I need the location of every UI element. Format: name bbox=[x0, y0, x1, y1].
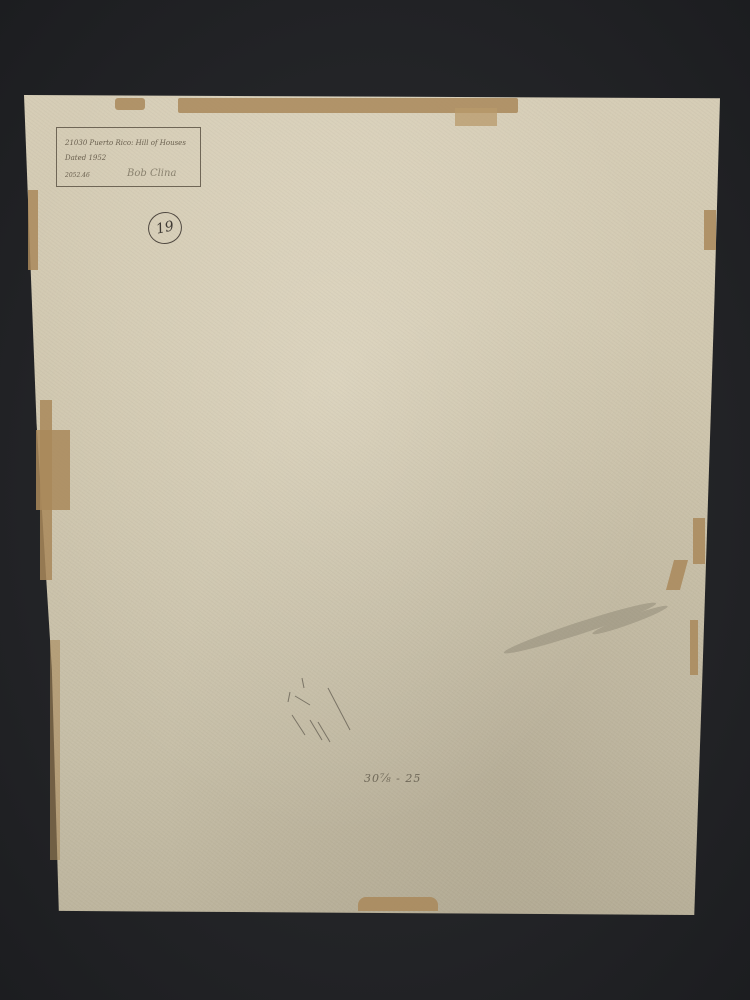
tape-remnant-top-right bbox=[455, 108, 497, 126]
pencil-scribble-marks bbox=[270, 660, 390, 750]
label-title: 21030 Puerto Rico: Hill of Houses bbox=[65, 140, 186, 147]
inventory-number: 19 bbox=[155, 218, 176, 237]
tape-remnant-right-upper bbox=[704, 210, 716, 250]
tape-remnant-bottom bbox=[358, 897, 438, 911]
tape-remnant-left-strip bbox=[40, 400, 52, 580]
tape-remnant-top-left bbox=[115, 98, 145, 110]
label-date: Dated 1952 bbox=[65, 155, 106, 162]
tape-remnant-left-upper bbox=[28, 190, 38, 270]
paper-texture bbox=[24, 95, 720, 915]
label-signature: Bob Clina bbox=[127, 169, 176, 179]
artwork-board-back bbox=[24, 95, 720, 915]
tape-remnant-right-lower bbox=[690, 620, 698, 675]
gallery-label: 21030 Puerto Rico: Hill of Houses Dated … bbox=[56, 127, 201, 187]
tape-remnant-right-middle bbox=[693, 518, 705, 564]
label-code: 2052.46 bbox=[65, 173, 90, 179]
pencil-dimension-inscription: 30⅞ - 25 bbox=[364, 772, 421, 785]
tape-remnant-left-lower bbox=[50, 640, 60, 860]
charcoal-smudge bbox=[490, 590, 690, 670]
